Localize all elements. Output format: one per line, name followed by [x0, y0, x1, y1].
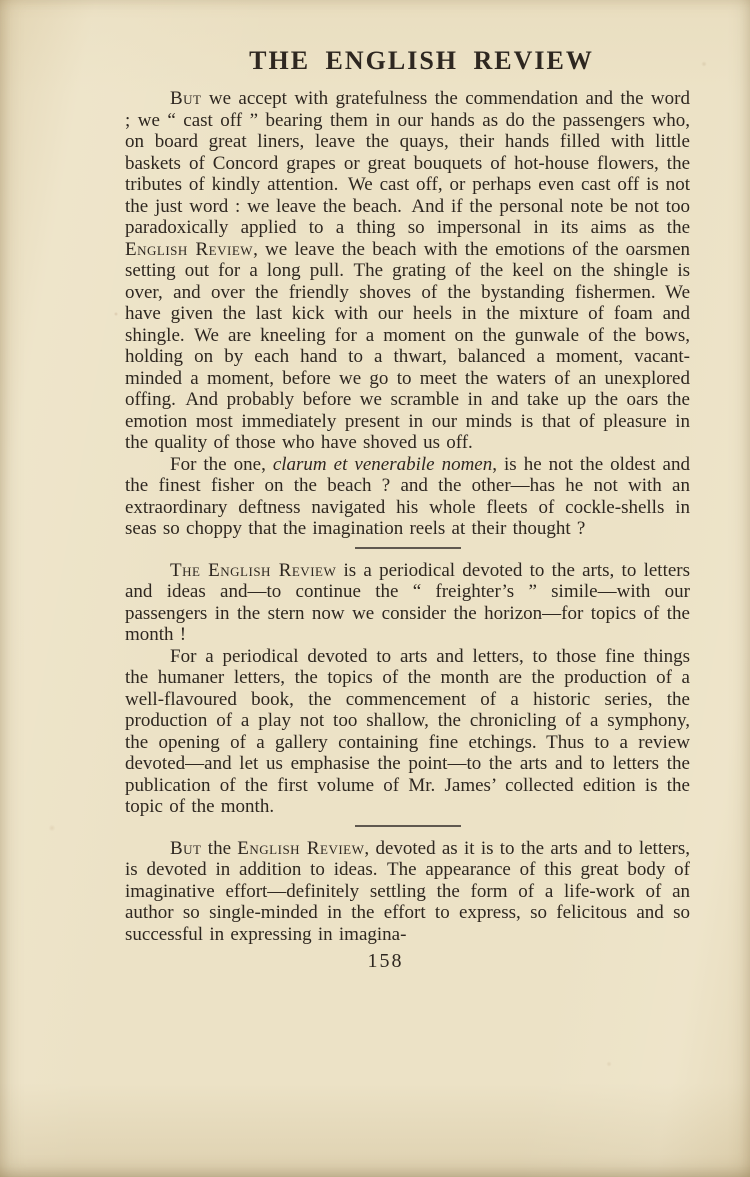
- body-text: , we leave the beach with the emotions o…: [125, 239, 690, 454]
- text-column: THE ENGLISH REVIEW But we accept with gr…: [125, 44, 690, 973]
- smallcaps-text: The English Review: [170, 560, 336, 581]
- paragraph: But the English Review, devoted as it is…: [125, 838, 690, 946]
- page-number: 158: [103, 950, 668, 973]
- smallcaps-text: But: [170, 88, 202, 109]
- page-body: But we accept with gratefulness the comm…: [125, 88, 690, 945]
- paragraph: For the one, clarum et venerabile nomen,…: [125, 454, 690, 540]
- section-divider-rule: [355, 547, 461, 549]
- paragraph: The English Review is a periodical devot…: [125, 560, 690, 646]
- smallcaps-text: English Review: [125, 239, 253, 260]
- body-text: For a periodical devoted to arts and let…: [125, 646, 690, 818]
- smallcaps-text: English Review: [237, 838, 364, 859]
- paragraph: For a periodical devoted to arts and let…: [125, 646, 690, 818]
- body-text: For the one,: [170, 454, 273, 475]
- italic-text: clarum et venerabile nomen: [273, 454, 492, 475]
- paragraph: But we accept with gratefulness the comm…: [125, 88, 690, 454]
- smallcaps-text: But: [170, 838, 202, 859]
- body-text: the: [202, 838, 238, 859]
- scanned-book-page: THE ENGLISH REVIEW But we accept with gr…: [0, 0, 750, 1177]
- section-divider-rule: [355, 825, 461, 827]
- body-text: we accept with gratefulness the commenda…: [125, 88, 690, 238]
- page-title: THE ENGLISH REVIEW: [139, 44, 704, 78]
